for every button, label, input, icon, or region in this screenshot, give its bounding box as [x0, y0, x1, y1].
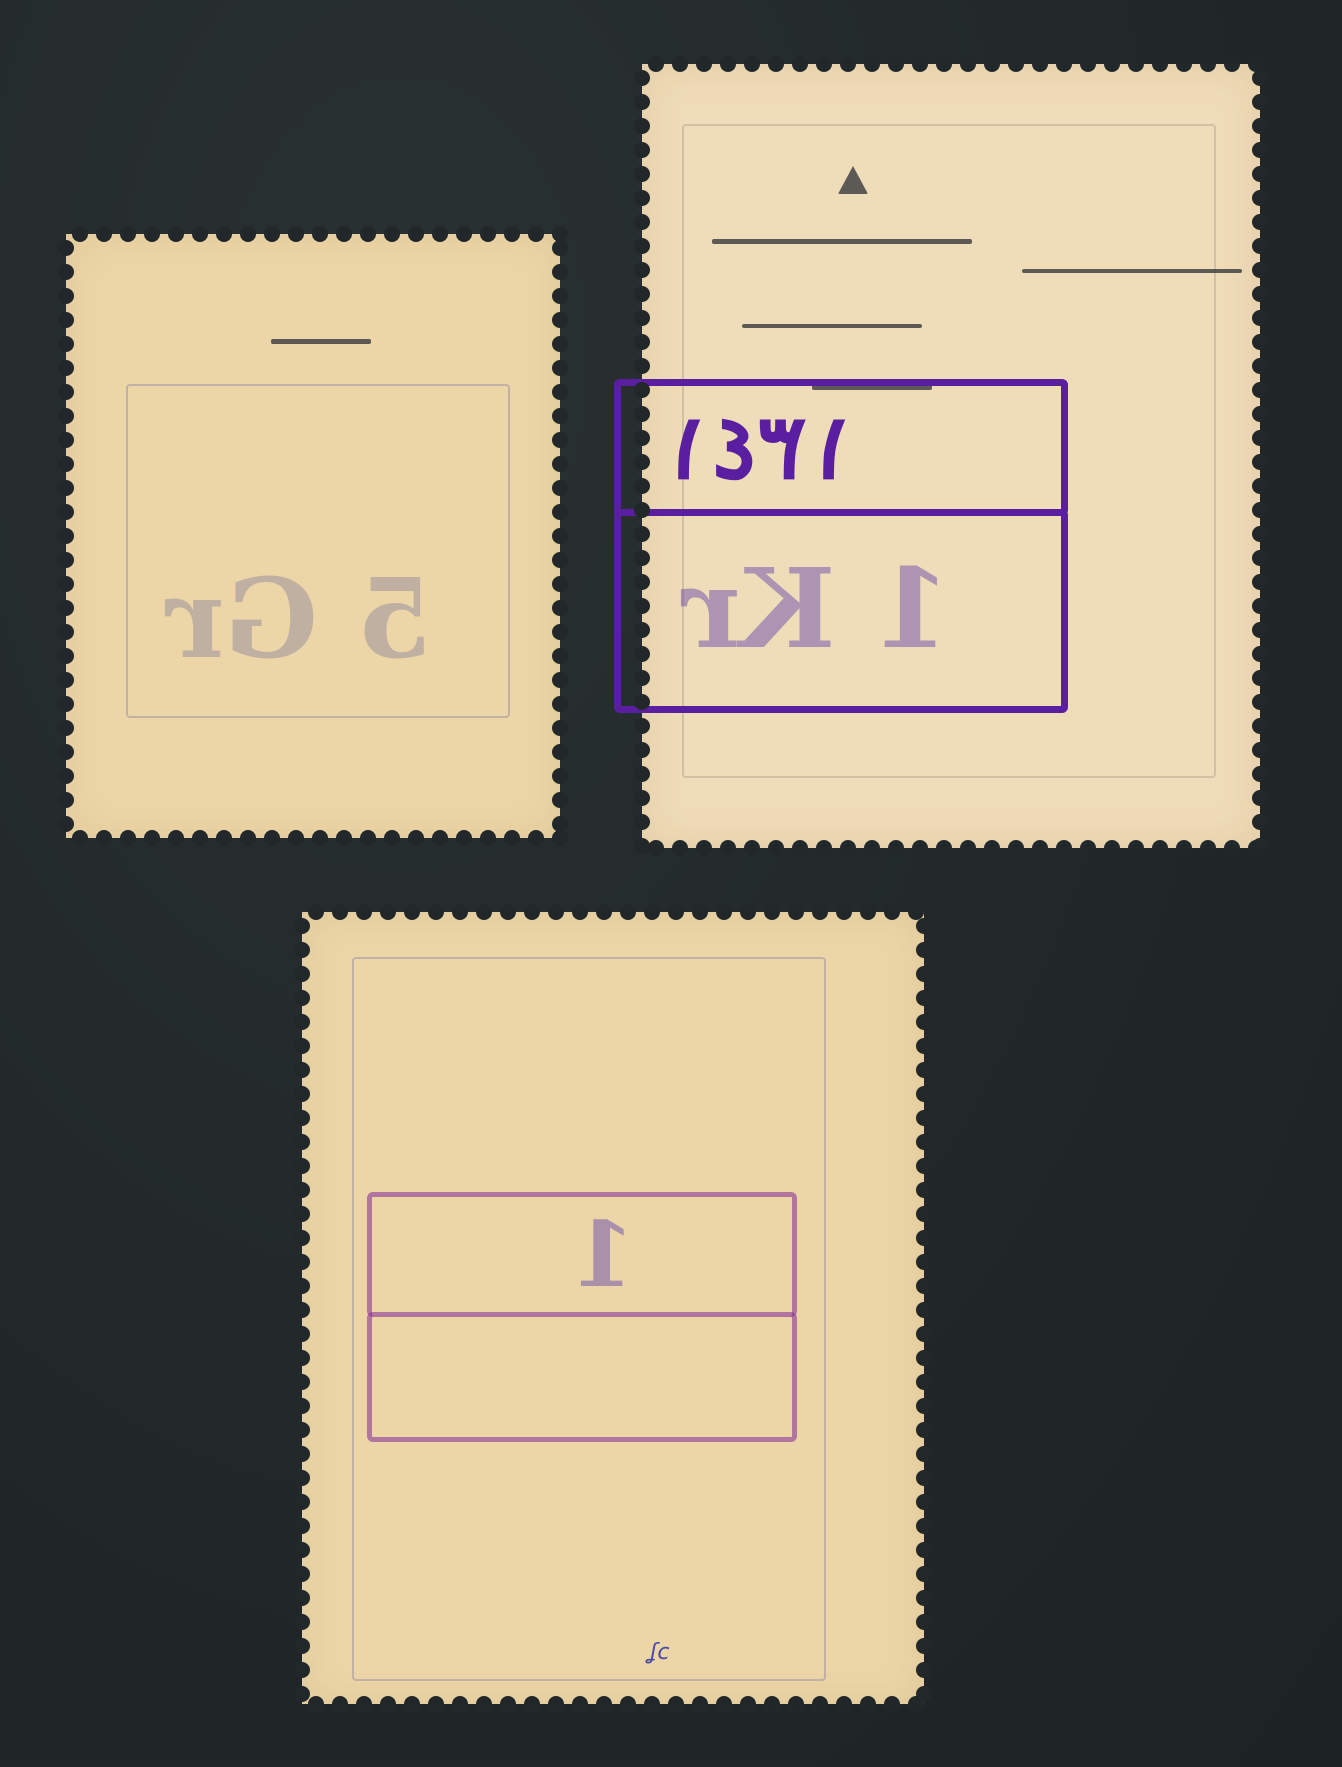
perforation-hole: [58, 456, 74, 472]
perforation-hole: [336, 830, 352, 846]
perforation-hole: [524, 1696, 540, 1712]
perforation-hole: [634, 790, 650, 806]
perforation-hole: [552, 240, 568, 256]
perforation-hole: [294, 1062, 310, 1078]
perforation-hole: [634, 502, 650, 518]
perforation-hole: [888, 56, 904, 72]
pencil-mark: ʆc: [650, 1640, 670, 1665]
perforation-hole: [936, 56, 952, 72]
perforation-hole: [58, 792, 74, 808]
perforation-hole: [504, 830, 520, 846]
perforation-hole: [58, 672, 74, 688]
perforation-hole: [1252, 574, 1268, 590]
perforation-hole: [1252, 382, 1268, 398]
perforation-hole: [552, 480, 568, 496]
perforation-hole: [634, 454, 650, 470]
perforation-hole: [1252, 334, 1268, 350]
perforation-hole: [294, 1662, 310, 1678]
perforation-hole: [1252, 454, 1268, 470]
perforation-hole: [216, 226, 232, 242]
perforation-hole: [836, 904, 852, 920]
perforation-hole: [1252, 430, 1268, 446]
perforation-hole: [634, 742, 650, 758]
perforation-hole: [916, 1350, 932, 1366]
perforation-hole: [1252, 838, 1268, 854]
perforation-hole: [596, 904, 612, 920]
perforation-hole: [634, 670, 650, 686]
perforation-hole: [552, 600, 568, 616]
perforation-hole: [1252, 310, 1268, 326]
perforation-hole: [916, 1182, 932, 1198]
perforation-hole: [916, 1230, 932, 1246]
perforation-hole: [634, 70, 650, 86]
perforation-hole: [552, 528, 568, 544]
perforation-hole: [428, 904, 444, 920]
perforation-hole: [1252, 70, 1268, 86]
perforation-hole: [634, 766, 650, 782]
perforation-hole: [620, 1696, 636, 1712]
perforation-hole: [596, 1696, 612, 1712]
perforation-hole: [572, 904, 588, 920]
perforation-hole: [816, 840, 832, 856]
perforation-hole: [916, 1302, 932, 1318]
perforation-hole: [294, 1398, 310, 1414]
perforation-hole: [480, 226, 496, 242]
perforation-hole: [634, 694, 650, 710]
perforation-hole: [792, 56, 808, 72]
perforation-hole: [1252, 262, 1268, 278]
perforation-hole: [840, 840, 856, 856]
perforation-hole: [524, 904, 540, 920]
perforation-hole: [1152, 840, 1168, 856]
perforation-hole: [960, 56, 976, 72]
perforation-hole: [1252, 670, 1268, 686]
perforation-hole: [58, 576, 74, 592]
perforation-hole: [744, 840, 760, 856]
perforation-hole: [634, 310, 650, 326]
perforation-hole: [936, 840, 952, 856]
perforation-hole: [744, 56, 760, 72]
perforation-hole: [916, 1014, 932, 1030]
perforation-hole: [308, 1696, 324, 1712]
perforation-hole: [552, 504, 568, 520]
perforation-hole: [884, 1696, 900, 1712]
perforation-hole: [916, 1134, 932, 1150]
perforation-hole: [668, 1696, 684, 1712]
perforation-hole: [672, 840, 688, 856]
perforation-hole: [1252, 94, 1268, 110]
perforation-hole: [58, 504, 74, 520]
perforation-hole: [294, 1638, 310, 1654]
perforation-hole: [404, 904, 420, 920]
perforation-hole: [96, 226, 112, 242]
perforation-hole: [1252, 742, 1268, 758]
perforation-hole: [916, 1518, 932, 1534]
perforation-hole: [1252, 406, 1268, 422]
perforation-hole: [634, 430, 650, 446]
perforation-hole: [294, 1254, 310, 1270]
overprint-value: 1 Kr: [682, 544, 950, 673]
perforation-hole: [192, 830, 208, 846]
perforation-hole: [634, 718, 650, 734]
perforation-hole: [58, 360, 74, 376]
perforation-hole: [1200, 56, 1216, 72]
perforation-hole: [552, 312, 568, 328]
perforation-hole: [58, 624, 74, 640]
perforation-hole: [634, 814, 650, 830]
perforation-hole: [294, 1206, 310, 1222]
perforation-hole: [294, 1302, 310, 1318]
perforation-hole: [552, 816, 568, 832]
perforation-hole: [1032, 56, 1048, 72]
perforation-hole: [294, 942, 310, 958]
perforation-hole: [1252, 502, 1268, 518]
perforation-hole: [294, 1086, 310, 1102]
perforation-hole: [916, 990, 932, 1006]
perforation-hole: [960, 840, 976, 856]
perforation-hole: [912, 840, 928, 856]
perforation-hole: [294, 1326, 310, 1342]
perforation-hole: [428, 1696, 444, 1712]
perforation-hole: [294, 1494, 310, 1510]
perforation-hole: [634, 550, 650, 566]
perforation-hole: [552, 408, 568, 424]
perforation-hole: [294, 1230, 310, 1246]
perforation-hole: [1252, 598, 1268, 614]
perforation-hole: [716, 1696, 732, 1712]
perforation-hole: [788, 904, 804, 920]
perforation-hole: [840, 56, 856, 72]
perforation-hole: [168, 226, 184, 242]
perforation-hole: [548, 1696, 564, 1712]
perforation-hole: [634, 166, 650, 182]
perforation-hole: [480, 830, 496, 846]
perforation-hole: [58, 384, 74, 400]
perforation-hole: [634, 622, 650, 638]
perforation-hole: [1104, 840, 1120, 856]
perforation-hole: [58, 648, 74, 664]
perforation-hole: [408, 830, 424, 846]
perforation-hole: [634, 838, 650, 854]
perforation-hole: [916, 1398, 932, 1414]
perforation-hole: [1032, 840, 1048, 856]
perforation-hole: [288, 226, 304, 242]
perforation-hole: [634, 478, 650, 494]
perforation-hole: [1200, 840, 1216, 856]
perforation-hole: [634, 94, 650, 110]
perforation-hole: [648, 56, 664, 72]
perforation-hole: [768, 840, 784, 856]
perforation-hole: [552, 830, 568, 846]
perforation-hole: [888, 840, 904, 856]
perforation-hole: [332, 1696, 348, 1712]
perforation-hole: [294, 966, 310, 982]
perforation-hole: [1152, 56, 1168, 72]
perforation-hole: [72, 830, 88, 846]
perforation-hole: [634, 118, 650, 134]
perforation-hole: [294, 1350, 310, 1366]
perforation-hole: [720, 840, 736, 856]
perforation-hole: [634, 574, 650, 590]
perforation-hole: [58, 240, 74, 256]
perforation-hole: [294, 1518, 310, 1534]
perforation-hole: [552, 552, 568, 568]
perforation-hole: [332, 904, 348, 920]
perforation-hole: [634, 526, 650, 542]
overprint-box-lower: [367, 1312, 797, 1442]
perforation-hole: [336, 226, 352, 242]
perforation-hole: [644, 1696, 660, 1712]
perforation-hole: [552, 624, 568, 640]
perforation-hole: [634, 238, 650, 254]
perforation-hole: [916, 1470, 932, 1486]
perforation-hole: [294, 1422, 310, 1438]
perforation-hole: [620, 904, 636, 920]
perforation-hole: [648, 840, 664, 856]
perforation-hole: [294, 990, 310, 1006]
perforation-hole: [1252, 550, 1268, 566]
perforation-hole: [860, 1696, 876, 1712]
perforation-hole: [864, 840, 880, 856]
perforation-hole: [916, 1038, 932, 1054]
perforation-hole: [984, 56, 1000, 72]
perforation-hole: [552, 672, 568, 688]
perforation-hole: [764, 904, 780, 920]
perforation-hole: [696, 56, 712, 72]
perforation-hole: [384, 226, 400, 242]
perforation-hole: [120, 830, 136, 846]
perforation-hole: [916, 1446, 932, 1462]
perforation-hole: [58, 720, 74, 736]
perforation-hole: [58, 408, 74, 424]
perforation-hole: [916, 1158, 932, 1174]
perforation-hole: [572, 1696, 588, 1712]
perforation-hole: [360, 830, 376, 846]
overprint-value: 1: [572, 1202, 635, 1308]
perforation-hole: [504, 226, 520, 242]
perforation-hole: [768, 56, 784, 72]
perforation-hole: [644, 904, 660, 920]
perforation-hole: [456, 830, 472, 846]
perforation-hole: [634, 262, 650, 278]
perforation-hole: [452, 1696, 468, 1712]
perforation-hole: [476, 904, 492, 920]
perforation-hole: [552, 696, 568, 712]
perforation-hole: [916, 1326, 932, 1342]
perforation-hole: [58, 528, 74, 544]
perforation-hole: [58, 336, 74, 352]
perforation-hole: [240, 830, 256, 846]
perforation-hole: [58, 264, 74, 280]
cancel-mark: [271, 339, 371, 344]
perforation-hole: [720, 56, 736, 72]
perforation-hole: [716, 904, 732, 920]
perforation-hole: [916, 1566, 932, 1582]
perforation-hole: [792, 840, 808, 856]
value-show-through: 5 Gr: [166, 554, 433, 683]
perforation-hole: [668, 904, 684, 920]
perforation-hole: [548, 904, 564, 920]
perforation-hole: [860, 904, 876, 920]
perforation-hole: [294, 1182, 310, 1198]
perforation-hole: [916, 1062, 932, 1078]
perforation-hole: [692, 1696, 708, 1712]
perforation-hole: [552, 384, 568, 400]
perforation-hole: [1252, 214, 1268, 230]
perforation-hole: [288, 830, 304, 846]
perforation-hole: [476, 1696, 492, 1712]
perforation-hole: [456, 226, 472, 242]
perforation-hole: [916, 1494, 932, 1510]
perforation-hole: [294, 1158, 310, 1174]
perforation-hole: [912, 56, 928, 72]
perforation-hole: [1252, 166, 1268, 182]
perforation-hole: [916, 1638, 932, 1654]
perforation-hole: [308, 904, 324, 920]
perforation-hole: [500, 904, 516, 920]
perforation-hole: [1252, 142, 1268, 158]
postmark-line: [1022, 269, 1242, 273]
perforation-hole: [380, 1696, 396, 1712]
perforation-hole: [58, 744, 74, 760]
postmark-line: [742, 324, 922, 328]
perforation-hole: [634, 334, 650, 350]
perforation-hole: [380, 904, 396, 920]
perforation-hole: [916, 1542, 932, 1558]
perforation-hole: [58, 696, 74, 712]
perforation-hole: [634, 406, 650, 422]
perforation-hole: [634, 190, 650, 206]
perforation-hole: [144, 226, 160, 242]
perforation-hole: [634, 286, 650, 302]
perforation-hole: [1128, 56, 1144, 72]
perforation-hole: [58, 768, 74, 784]
perforation-hole: [528, 226, 544, 242]
perforation-hole: [1252, 286, 1268, 302]
perforation-hole: [216, 830, 232, 846]
perforation-hole: [1252, 190, 1268, 206]
perforation-hole: [240, 226, 256, 242]
perforation-hole: [1252, 622, 1268, 638]
perforation-hole: [404, 1696, 420, 1712]
perforation-hole: [356, 904, 372, 920]
perforation-hole: [500, 1696, 516, 1712]
perforation-hole: [696, 840, 712, 856]
perforation-hole: [916, 1614, 932, 1630]
perforation-hole: [916, 1590, 932, 1606]
perforation-hole: [294, 1374, 310, 1390]
perforation-hole: [884, 904, 900, 920]
perforation-hole: [1252, 790, 1268, 806]
perforation-hole: [1080, 840, 1096, 856]
perforation-hole: [740, 1696, 756, 1712]
perforation-hole: [552, 648, 568, 664]
perforation-hole: [58, 432, 74, 448]
perforation-hole: [528, 830, 544, 846]
perforation-hole: [916, 918, 932, 934]
perforation-hole: [452, 904, 468, 920]
perforation-hole: [864, 56, 880, 72]
perforation-hole: [1128, 840, 1144, 856]
perforation-hole: [58, 312, 74, 328]
perforation-hole: [552, 576, 568, 592]
perforation-hole: [984, 840, 1000, 856]
perforation-hole: [1252, 718, 1268, 734]
perforation-hole: [552, 336, 568, 352]
perforation-hole: [916, 1422, 932, 1438]
overprint-date: ١٣٤١: [662, 394, 855, 500]
perforation-hole: [1252, 814, 1268, 830]
perforation-hole: [294, 1110, 310, 1126]
perforation-hole: [916, 1086, 932, 1102]
perforation-hole: [816, 56, 832, 72]
perforation-hole: [120, 226, 136, 242]
perforation-hole: [634, 142, 650, 158]
perforation-hole: [168, 830, 184, 846]
stamp-bottom: 1 ʆc: [302, 912, 924, 1704]
perforation-hole: [294, 1014, 310, 1030]
perforation-hole: [1252, 766, 1268, 782]
perforation-hole: [916, 942, 932, 958]
perforation-hole: [58, 816, 74, 832]
perforation-hole: [384, 830, 400, 846]
perforation-hole: [294, 1446, 310, 1462]
perforation-hole: [192, 226, 208, 242]
perforation-hole: [552, 288, 568, 304]
perforation-hole: [672, 56, 688, 72]
perforation-hole: [294, 1686, 310, 1702]
perforation-hole: [294, 1590, 310, 1606]
perforation-hole: [294, 1542, 310, 1558]
postmark-line: [712, 239, 972, 244]
perforation-hole: [1224, 56, 1240, 72]
perforation-hole: [72, 226, 88, 242]
perforation-hole: [294, 918, 310, 934]
perforation-hole: [1176, 840, 1192, 856]
perforation-hole: [1252, 478, 1268, 494]
perforation-hole: [432, 226, 448, 242]
perforation-hole: [634, 382, 650, 398]
perforation-hole: [1252, 238, 1268, 254]
perforation-hole: [552, 360, 568, 376]
perforation-hole: [552, 720, 568, 736]
perforation-hole: [552, 456, 568, 472]
perforation-hole: [552, 768, 568, 784]
perforation-hole: [634, 358, 650, 374]
perforation-hole: [916, 966, 932, 982]
perforation-hole: [552, 264, 568, 280]
perforation-hole: [312, 226, 328, 242]
perforation-hole: [96, 830, 112, 846]
perforation-hole: [432, 830, 448, 846]
stamp-top-left: 5 Gr: [66, 234, 560, 838]
perforation-hole: [264, 226, 280, 242]
perforation-hole: [916, 1374, 932, 1390]
perforation-hole: [408, 226, 424, 242]
perforation-hole: [294, 1566, 310, 1582]
perforation-hole: [916, 1110, 932, 1126]
perforation-hole: [264, 830, 280, 846]
perforation-hole: [356, 1696, 372, 1712]
perforation-hole: [1252, 526, 1268, 542]
perforation-hole: [634, 598, 650, 614]
perforation-hole: [1176, 56, 1192, 72]
perforation-hole: [58, 552, 74, 568]
perforation-hole: [58, 288, 74, 304]
perforation-hole: [294, 1278, 310, 1294]
perforation-hole: [1008, 56, 1024, 72]
perforation-hole: [788, 1696, 804, 1712]
